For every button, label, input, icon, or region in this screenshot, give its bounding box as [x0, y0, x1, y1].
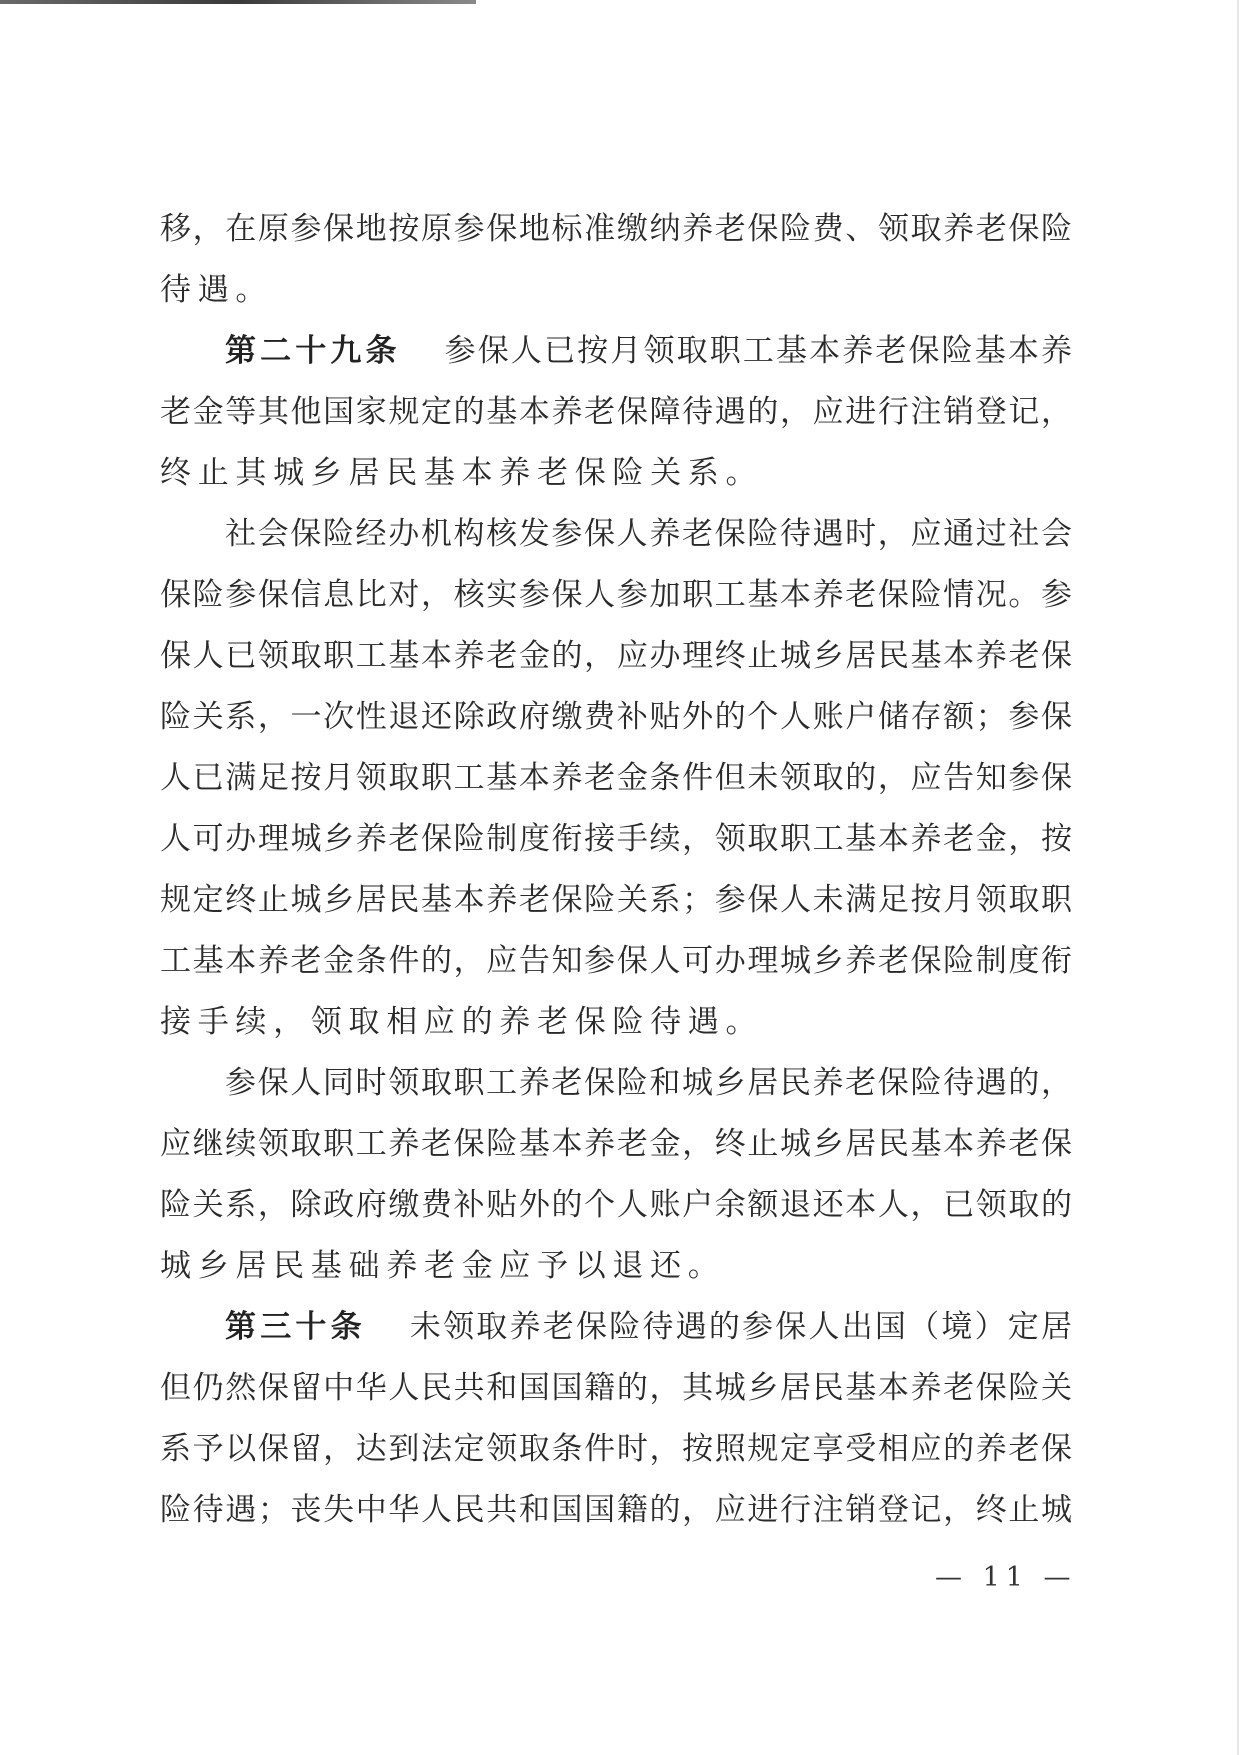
text-line: 人已满足按月领取职工基本养老金条件但未领取的，应告知参保 [160, 748, 1072, 809]
text-line: 接手续，领取相应的养老保险待遇。 [160, 992, 1072, 1053]
article-text: 未领取养老保险待遇的参保人出国（境）定居 [410, 1309, 1072, 1345]
text-line: 保人已领取职工基本养老金的，应办理终止城乡居民基本养老保 [160, 626, 1072, 687]
text-line: 老金等其他国家规定的基本养老保障待遇的，应进行注销登记， [160, 382, 1072, 443]
text-line: 参保人同时领取职工养老保险和城乡居民养老保险待遇的， [160, 1053, 1072, 1114]
text-line: 险关系，一次性退还除政府缴费补贴外的个人账户储存额；参保 [160, 687, 1072, 748]
text-line: 人可办理城乡养老保险制度衔接手续，领取职工基本养老金，按 [160, 809, 1072, 870]
text-line: 但仍然保留中华人民共和国国籍的，其城乡居民基本养老保险关 [160, 1358, 1072, 1419]
document-body: 移，在原参保地按原参保地标准缴纳养老保险费、领取养老保险 待遇。 第二十九条参保… [160, 199, 1072, 1541]
text-line: 保险参保信息比对，核实参保人参加职工基本养老保险情况。参 [160, 565, 1072, 626]
page-number: — 11 — [935, 1562, 1077, 1593]
text-line: 终止其城乡居民基本养老保险关系。 [160, 443, 1072, 504]
article-text: 参保人已按月领取职工基本养老保险基本养 [445, 333, 1072, 369]
article-number: 第三十条 [225, 1309, 366, 1345]
text-line: 规定终止城乡居民基本养老保险关系；参保人未满足按月领取职 [160, 870, 1072, 931]
text-line: 系予以保留，达到法定领取条件时，按照规定享受相应的养老保 [160, 1419, 1072, 1480]
text-line: 险关系，除政府缴费补贴外的个人账户余额退还本人，已领取的 [160, 1175, 1072, 1236]
text-line: 应继续领取职工养老保险基本养老金，终止城乡居民基本养老保 [160, 1114, 1072, 1175]
article-29-line: 第二十九条参保人已按月领取职工基本养老保险基本养 [160, 321, 1072, 382]
text-line: 待遇。 [160, 260, 1072, 321]
text-line: 移，在原参保地按原参保地标准缴纳养老保险费、领取养老保险 [160, 199, 1072, 260]
scan-edge-right [1237, 0, 1239, 1755]
article-30-line: 第三十条未领取养老保险待遇的参保人出国（境）定居 [160, 1297, 1072, 1358]
text-line: 社会保险经办机构核发参保人养老保险待遇时，应通过社会 [160, 504, 1072, 565]
text-line: 城乡居民基础养老金应予以退还。 [160, 1236, 1072, 1297]
scan-edge-top [0, 0, 476, 4]
text-line: 工基本养老金条件的，应告知参保人可办理城乡养老保险制度衔 [160, 931, 1072, 992]
text-line: 险待遇；丧失中华人民共和国国籍的，应进行注销登记，终止城 [160, 1480, 1072, 1541]
article-number: 第二十九条 [225, 333, 401, 369]
